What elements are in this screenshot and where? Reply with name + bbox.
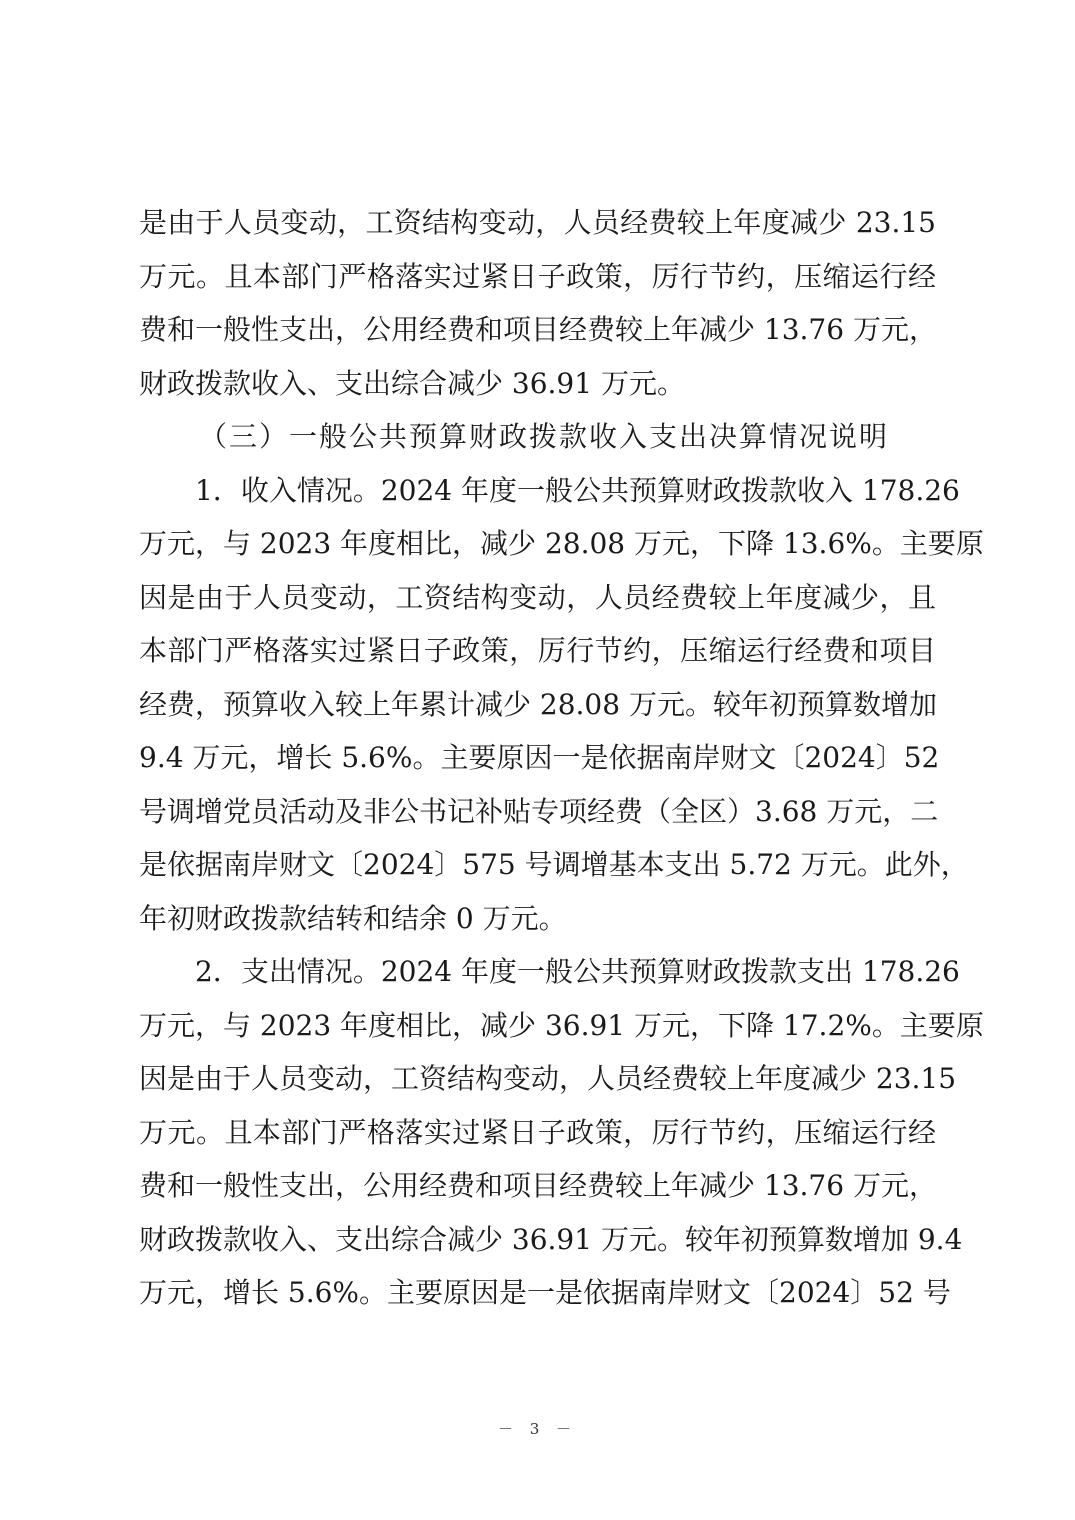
text-line: 本部门严格落实过紧日子政策，厉行节约，压缩运行经费和项目 bbox=[139, 624, 936, 678]
text-line: 是依据南岸财文〔2024〕575 号调增基本支出 5.72 万元。此外， bbox=[139, 838, 936, 892]
document-page: 是由于人员变动，工资结构变动，人员经费较上年度减少 23.15 万元。且本部门严… bbox=[0, 0, 1075, 1520]
text-line: 费和一般性支出，公用经费和项目经费较上年减少 13.76 万元， bbox=[139, 303, 936, 357]
text-line: 1．收入情况。2024 年度一般公共预算财政拨款收入 178.26 bbox=[139, 464, 936, 518]
section-heading: （三）一般公共预算财政拨款收入支出决算情况说明 bbox=[139, 410, 936, 464]
text-line: 因是由于人员变动，工资结构变动，人员经费较上年度减少，且 bbox=[139, 571, 936, 625]
text-line: 费和一般性支出，公用经费和项目经费较上年减少 13.76 万元， bbox=[139, 1159, 936, 1213]
text-line: 万元。且本部门严格落实过紧日子政策，厉行节约，压缩运行经 bbox=[139, 250, 936, 304]
text-line: 万元，与 2023 年度相比，减少 36.91 万元，下降 17.2%。主要原 bbox=[139, 999, 936, 1053]
text-line: 经费，预算收入较上年累计减少 28.08 万元。较年初预算数增加 bbox=[139, 678, 936, 732]
text-line: 9.4 万元，增长 5.6%。主要原因一是依据南岸财文〔2024〕52 bbox=[139, 731, 936, 785]
text-line: 财政拨款收入、支出综合减少 36.91 万元。较年初预算数增加 9.4 bbox=[139, 1213, 936, 1267]
text-line: 因是由于人员变动，工资结构变动，人员经费较上年度减少 23.15 bbox=[139, 1052, 936, 1106]
text-line: 万元。且本部门严格落实过紧日子政策，厉行节约，压缩运行经 bbox=[139, 1106, 936, 1160]
text-line: 财政拨款收入、支出综合减少 36.91 万元。 bbox=[139, 357, 936, 411]
text-line: 年初财政拨款结转和结余 0 万元。 bbox=[139, 892, 936, 946]
body-text: 是由于人员变动，工资结构变动，人员经费较上年度减少 23.15 万元。且本部门严… bbox=[139, 196, 936, 1320]
text-line: 是由于人员变动，工资结构变动，人员经费较上年度减少 23.15 bbox=[139, 196, 936, 250]
text-line: 号调增党员活动及非公书记补贴专项经费（全区）3.68 万元，二 bbox=[139, 785, 936, 839]
text-line: 万元，与 2023 年度相比，减少 28.08 万元，下降 13.6%。主要原 bbox=[139, 517, 936, 571]
page-number: － 3 － bbox=[0, 1418, 1075, 1439]
text-line: 万元，增长 5.6%。主要原因是一是依据南岸财文〔2024〕52 号 bbox=[139, 1266, 936, 1320]
text-line: 2．支出情况。2024 年度一般公共预算财政拨款支出 178.26 bbox=[139, 945, 936, 999]
